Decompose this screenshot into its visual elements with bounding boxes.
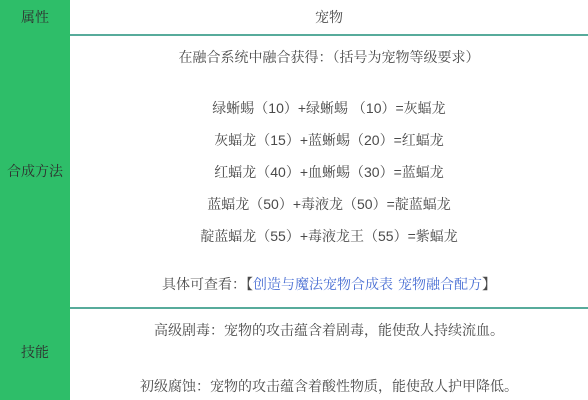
link-pet-fusion-recipe[interactable]: 宠物融合配方 bbox=[398, 276, 482, 292]
row-label-skill: 技能 bbox=[0, 344, 70, 360]
synthesis-intro-text: 在融合系统中融合获得：（括号为宠物等级要求） bbox=[70, 49, 588, 65]
row-divider-top bbox=[70, 34, 588, 36]
recipe-line-4: 蓝蝠龙（50）+毒液龙（50）=靛蓝蝠龙 bbox=[70, 196, 588, 212]
row-label-attribute: 属性 bbox=[0, 9, 70, 25]
skill-line-1: 高级剧毒：宠物的攻击蕴含着剧毒，能使敌人持续流血。 bbox=[70, 322, 588, 338]
recipe-line-5: 靛蓝蝠龙（55）+毒液龙王（55）=紫蝠龙 bbox=[70, 228, 588, 244]
header-cell-pet: 宠物 bbox=[70, 9, 588, 25]
row-divider-bottom bbox=[70, 307, 588, 309]
label-column-background bbox=[0, 0, 70, 400]
see-also-suffix: 】 bbox=[482, 276, 496, 292]
recipe-line-1: 绿蜥蜴（10）+绿蜥蜴 （10）=灰蝠龙 bbox=[70, 100, 588, 116]
pet-attribute-table: 属性 合成方法 技能 宠物 在融合系统中融合获得：（括号为宠物等级要求） 绿蜥蜴… bbox=[0, 0, 588, 400]
recipe-line-2: 灰蝠龙（15）+蓝蜥蜴（20）=红蝠龙 bbox=[70, 132, 588, 148]
see-also-prefix: 具体可查看：【 bbox=[162, 276, 253, 292]
link-pet-synthesis-table[interactable]: 创造与魔法宠物合成表 bbox=[253, 276, 393, 292]
row-label-synthesis-method: 合成方法 bbox=[0, 163, 70, 179]
skill-line-2: 初级腐蚀：宠物的攻击蕴含着酸性物质，能使敌人护甲降低。 bbox=[70, 378, 588, 394]
see-also-line: 具体可查看：【创造与魔法宠物合成表宠物融合配方】 bbox=[70, 276, 588, 292]
recipe-line-3: 红蝠龙（40）+血蜥蜴（30）=蓝蝠龙 bbox=[70, 164, 588, 180]
